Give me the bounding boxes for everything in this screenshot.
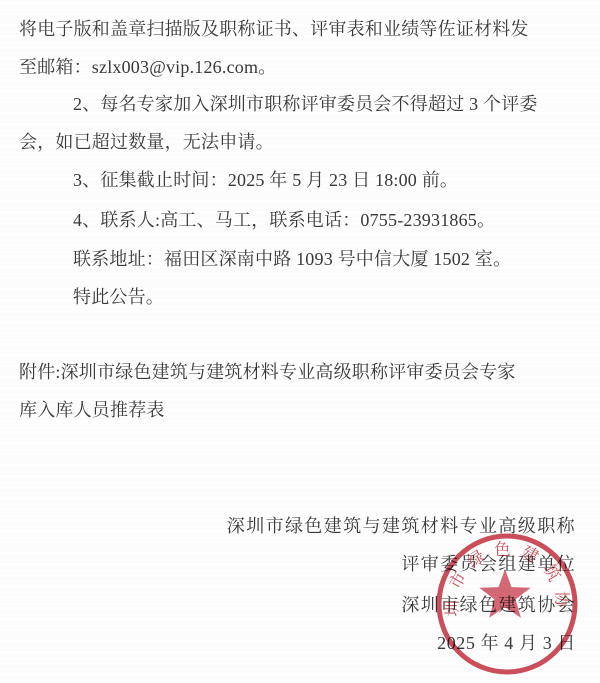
body-line-email: 至邮箱：szlx003@vip.126.com。 <box>19 53 276 79</box>
attachment-line-2: 库入库人员推荐表 <box>19 396 165 422</box>
notice-document: 将电子版和盖章扫描版及职称证书、评审表和业绩等佐证材料发 至邮箱：szlx003… <box>0 0 600 683</box>
body-line: 将电子版和盖章扫描版及职称证书、评审表和业绩等佐证材料发 <box>19 15 529 41</box>
body-line-item-2: 2、每名专家加入深圳市职称评审委员会不得超过 3 个评委 <box>19 90 538 116</box>
signature-date: 2025 年 4 月 3 日 <box>437 629 576 655</box>
body-line-item-3-deadline: 3、征集截止时间：2025 年 5 月 23 日 18:00 前。 <box>19 166 458 192</box>
body-line-address: 联系地址：福田区深南中路 1093 号中信大厦 1502 室。 <box>19 245 511 271</box>
signature-org-line-3: 深圳市绿色建筑协会 <box>401 591 576 617</box>
attachment-line-1: 附件:深圳市绿色建筑与建筑材料专业高级职称评审委员会专家 <box>19 358 516 384</box>
body-line-closing: 特此公告。 <box>19 283 164 309</box>
signature-org-line-2: 评审委员会组建单位 <box>401 550 576 576</box>
signature-org-line-1: 深圳市绿色建筑与建筑材料专业高级职称 <box>227 512 576 538</box>
body-line-item-4-contact: 4、联系人:高工、马工，联系电话：0755-23931865。 <box>19 206 495 232</box>
body-line: 会，如已超过数量，无法申请。 <box>19 128 274 154</box>
